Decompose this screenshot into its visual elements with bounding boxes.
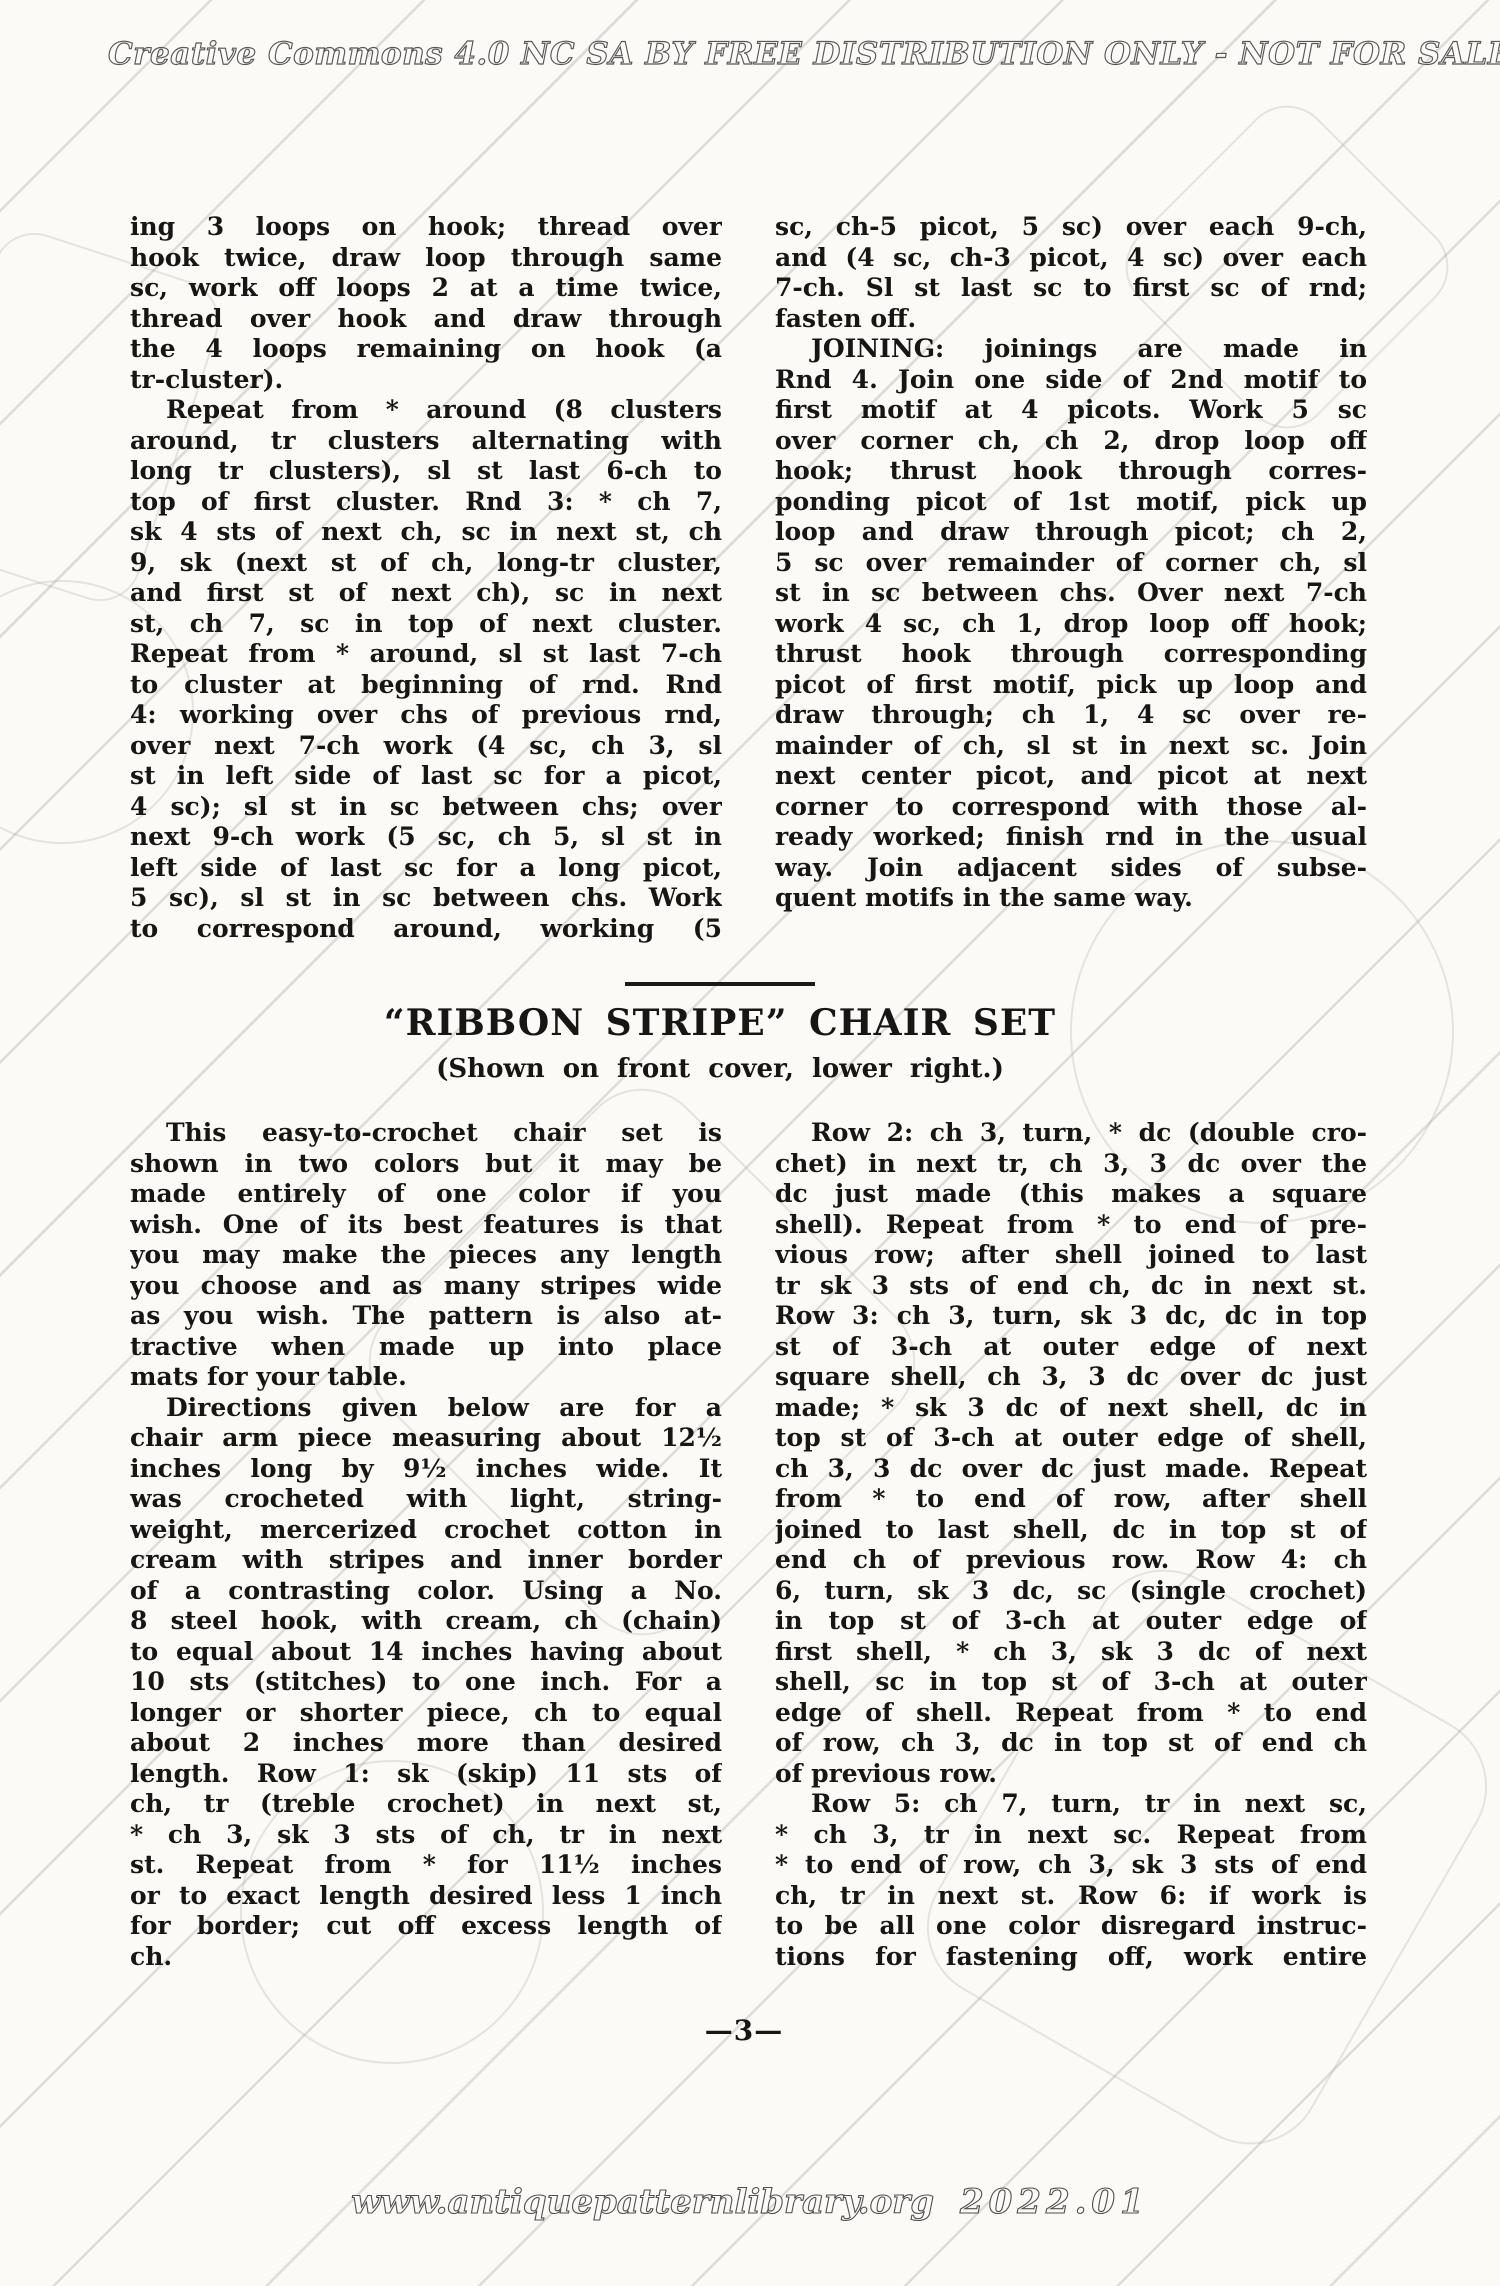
text-line: Row 2: ch 3, turn, * dc (double cro- — [775, 1118, 1367, 1149]
scanned-document-page: Creative Commons 4.0 NC SA BY FREE DISTR… — [0, 0, 1500, 2286]
text-line: for border; cut off excess length of — [130, 1911, 722, 1942]
text-line: and (4 sc, ch-3 picot, 4 sc) over each — [775, 243, 1367, 274]
text-line: Row 5: ch 7, turn, tr in next sc, — [775, 1789, 1367, 1820]
text-line: next center picot, and picot at next — [775, 761, 1367, 792]
text-line: the 4 loops remaining on hook (a — [130, 334, 722, 365]
text-line: wish. One of its best features is that — [130, 1210, 722, 1241]
license-notice: Creative Commons 4.0 NC SA BY FREE DISTR… — [108, 36, 1500, 72]
text-line: of previous row. — [775, 1759, 1367, 1790]
text-line: tions for fastening off, work entire — [775, 1942, 1367, 1973]
section-subtitle: (Shown on front cover, lower right.) — [100, 1054, 1340, 1084]
text-line: work 4 sc, ch 1, drop loop off hook; — [775, 609, 1367, 640]
text-line: sk 4 sts of next ch, sc in next st, ch — [130, 517, 722, 548]
text-line: st. Repeat from * for 11½ inches — [130, 1850, 722, 1881]
text-line: mats for your table. — [130, 1362, 722, 1393]
text-line: This easy-to-crochet chair set is — [130, 1118, 722, 1149]
text-line: chet) in next tr, ch 3, 3 dc over the — [775, 1149, 1367, 1180]
section-divider-rule — [625, 982, 815, 986]
left-column-top-text: ing 3 loops on hook; thread overhook twi… — [130, 212, 722, 944]
text-line: ing 3 loops on hook; thread over — [130, 212, 722, 243]
text-line: 5 sc), sl st in sc between chs. Work — [130, 883, 722, 914]
text-line: of row, ch 3, dc in top st of end ch — [775, 1728, 1367, 1759]
text-line: 7-ch. Sl st last sc to first sc of rnd; — [775, 273, 1367, 304]
text-line: ch, tr in next st. Row 6: if work is — [775, 1881, 1367, 1912]
text-line: fasten off. — [775, 304, 1367, 335]
text-line: sc, ch-5 picot, 5 sc) over each 9-ch, — [775, 212, 1367, 243]
text-line: was crocheted with light, string- — [130, 1484, 722, 1515]
text-line: from * to end of row, after shell — [775, 1484, 1367, 1515]
text-line: 6, turn, sk 3 dc, sc (single crochet) — [775, 1576, 1367, 1607]
text-line: thread over hook and draw through — [130, 304, 722, 335]
text-line: draw through; ch 1, 4 sc over re- — [775, 700, 1367, 731]
site-footer: www.antiquepatternlibrary.org2022.01 — [0, 2182, 1500, 2222]
text-line: cream with stripes and inner border — [130, 1545, 722, 1576]
text-line: longer or shorter piece, ch to equal — [130, 1698, 722, 1729]
text-line: thrust hook through corresponding — [775, 639, 1367, 670]
text-line: as you wish. The pattern is also at- — [130, 1301, 722, 1332]
text-line: st, ch 7, sc in top of next cluster. — [130, 609, 722, 640]
text-line: and first st of next ch), sc in next — [130, 578, 722, 609]
text-line: in top st of 3-ch at outer edge of — [775, 1606, 1367, 1637]
text-line: tr sk 3 sts of end ch, dc in next st. — [775, 1271, 1367, 1302]
text-line: vious row; after shell joined to last — [775, 1240, 1367, 1271]
text-line: inches long by 9½ inches wide. It — [130, 1454, 722, 1485]
text-line: 9, sk (next st of ch, long-tr cluster, — [130, 548, 722, 579]
text-line: length. Row 1: sk (skip) 11 sts of — [130, 1759, 722, 1790]
text-line: ready worked; finish rnd in the usual — [775, 822, 1367, 853]
text-line: JOINING: joinings are made in — [775, 334, 1367, 365]
text-line: you may make the pieces any length — [130, 1240, 722, 1271]
text-line: ch, tr (treble crochet) in next st, — [130, 1789, 722, 1820]
text-line: to cluster at beginning of rnd. Rnd — [130, 670, 722, 701]
text-line: ch 3, 3 dc over dc just made. Repeat — [775, 1454, 1367, 1485]
text-line: 5 sc over remainder of corner ch, sl — [775, 548, 1367, 579]
text-line: Rnd 4. Join one side of 2nd motif to — [775, 365, 1367, 396]
text-line: around, tr clusters alternating with — [130, 426, 722, 457]
text-line: to be all one color disregard instruc- — [775, 1911, 1367, 1942]
text-line: sc, work off loops 2 at a time twice, — [130, 273, 722, 304]
section-break: “RIBBON STRIPE” CHAIR SET (Shown on fron… — [100, 982, 1340, 1084]
text-line: Repeat from * around, sl st last 7-ch — [130, 639, 722, 670]
text-line: to equal about 14 inches having about — [130, 1637, 722, 1668]
text-line: weight, mercerized crochet cotton in — [130, 1515, 722, 1546]
text-line: chair arm piece measuring about 12½ — [130, 1423, 722, 1454]
text-line: * ch 3, tr in next sc. Repeat from — [775, 1820, 1367, 1851]
text-line: 4: working over chs of previous rnd, — [130, 700, 722, 731]
text-line: st in left side of last sc for a picot, — [130, 761, 722, 792]
text-line: square shell, ch 3, 3 dc over dc just — [775, 1362, 1367, 1393]
text-line: hook; thrust hook through corres- — [775, 456, 1367, 487]
text-line: next 9-ch work (5 sc, ch 5, sl st in — [130, 822, 722, 853]
text-line: over corner ch, ch 2, drop loop off — [775, 426, 1367, 457]
text-line: ch. — [130, 1942, 722, 1973]
text-line: st in sc between chs. Over next 7-ch — [775, 578, 1367, 609]
text-line: 10 sts (stitches) to one inch. For a — [130, 1667, 722, 1698]
text-line: first shell, * ch 3, sk 3 dc of next — [775, 1637, 1367, 1668]
footer-url: www.antiquepatternlibrary.org — [351, 2182, 934, 2222]
text-line: made entirely of one color if you — [130, 1179, 722, 1210]
right-column-bottom-text: Row 2: ch 3, turn, * dc (double cro-chet… — [775, 1118, 1367, 1972]
text-line: long tr clusters), sl st last 6-ch to — [130, 456, 722, 487]
text-line: made; * sk 3 dc of next shell, dc in — [775, 1393, 1367, 1424]
text-line: you choose and as many stripes wide — [130, 1271, 722, 1302]
text-line: shell, sc in top st of 3-ch at outer — [775, 1667, 1367, 1698]
left-column-bottom-text: This easy-to-crochet chair set isshown i… — [130, 1118, 722, 1972]
text-line: ponding picot of 1st motif, pick up — [775, 487, 1367, 518]
text-line: Row 3: ch 3, turn, sk 3 dc, dc in top — [775, 1301, 1367, 1332]
page-number: —3— — [0, 2014, 1488, 2047]
text-line: joined to last shell, dc in top st of — [775, 1515, 1367, 1546]
text-line: left side of last sc for a long picot, — [130, 853, 722, 884]
text-line: * ch 3, sk 3 sts of ch, tr in next — [130, 1820, 722, 1851]
text-line: tr-cluster). — [130, 365, 722, 396]
text-line: quent motifs in the same way. — [775, 883, 1367, 914]
footer-edition: 2022.01 — [960, 2182, 1149, 2222]
right-column-top-text: sc, ch-5 picot, 5 sc) over each 9-ch,and… — [775, 212, 1367, 914]
text-line: of a contrasting color. Using a No. — [130, 1576, 722, 1607]
text-line: corner to correspond with those al- — [775, 792, 1367, 823]
text-line: edge of shell. Repeat from * to end — [775, 1698, 1367, 1729]
text-line: hook twice, draw loop through same — [130, 243, 722, 274]
text-line: mainder of ch, sl st in next sc. Join — [775, 731, 1367, 762]
text-line: first motif at 4 picots. Work 5 sc — [775, 395, 1367, 426]
text-line: Directions given below are for a — [130, 1393, 722, 1424]
text-line: 4 sc); sl st in sc between chs; over — [130, 792, 722, 823]
text-line: Repeat from * around (8 clusters — [130, 395, 722, 426]
text-line: over next 7-ch work (4 sc, ch 3, sl — [130, 731, 722, 762]
text-line: 8 steel hook, with cream, ch (chain) — [130, 1606, 722, 1637]
text-line: about 2 inches more than desired — [130, 1728, 722, 1759]
text-line: shell). Repeat from * to end of pre- — [775, 1210, 1367, 1241]
text-line: tractive when made up into place — [130, 1332, 722, 1363]
section-title: “RIBBON STRIPE” CHAIR SET — [100, 1002, 1340, 1044]
text-line: * to end of row, ch 3, sk 3 sts of end — [775, 1850, 1367, 1881]
text-line: to correspond around, working (5 — [130, 914, 722, 945]
text-line: end ch of previous row. Row 4: ch — [775, 1545, 1367, 1576]
text-line: top st of 3-ch at outer edge of shell, — [775, 1423, 1367, 1454]
text-line: shown in two colors but it may be — [130, 1149, 722, 1180]
text-line: picot of first motif, pick up loop and — [775, 670, 1367, 701]
text-line: top of first cluster. Rnd 3: * ch 7, — [130, 487, 722, 518]
text-line: loop and draw through picot; ch 2, — [775, 517, 1367, 548]
text-line: way. Join adjacent sides of subse- — [775, 853, 1367, 884]
text-line: dc just made (this makes a square — [775, 1179, 1367, 1210]
text-line: or to exact length desired less 1 inch — [130, 1881, 722, 1912]
text-line: st of 3-ch at outer edge of next — [775, 1332, 1367, 1363]
